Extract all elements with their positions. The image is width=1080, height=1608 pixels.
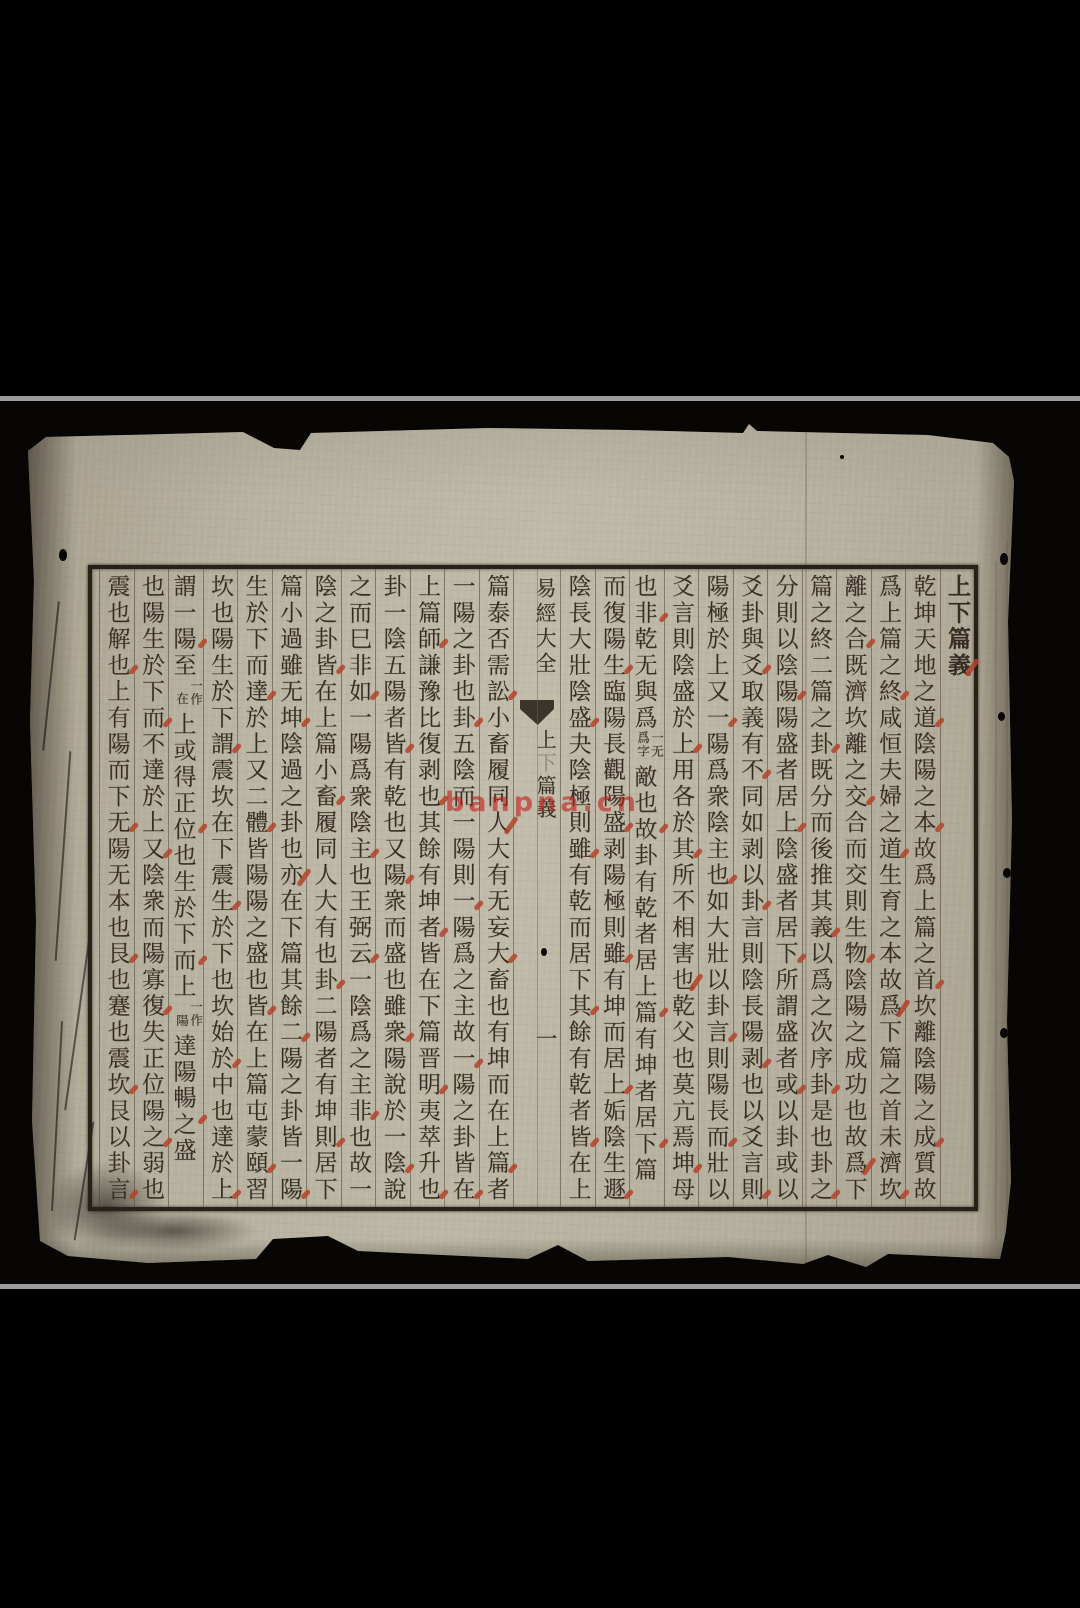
interlinear-note-text: 一作	[189, 679, 203, 706]
text-block-frame: 上下篇義乾坤天地之道陰陽之本故爲上篇之首坎離陰陽之成質故爲上篇之終咸恒夫婦之道生…	[88, 565, 978, 1211]
interlinear-note: 一作陽	[175, 1000, 203, 1033]
wormhole	[1003, 868, 1011, 878]
text-column: 謂一陽至一作在上或得正位也生於下而上一作陽達陽暢之盛	[168, 569, 203, 1207]
text-column: 陽極於上又一陽爲衆陰主也如大壯以卦言則陽長而壯以	[698, 569, 733, 1207]
interlinear-note: 一无爲字	[636, 731, 664, 764]
photo-bottom-border	[0, 1284, 1080, 1289]
wormhole	[59, 549, 67, 561]
ink-smudge	[88, 1211, 258, 1251]
text-column: 篇之終二篇之卦既分而後推其義以爲之次序卦是也卦之	[802, 569, 837, 1207]
wormhole	[1000, 553, 1008, 565]
text-column: 卦一陰五陽者皆有乾也又陽衆而盛也雖衆陽說於一陰說	[375, 569, 410, 1207]
section-title-column: 上下篇義	[940, 569, 975, 1207]
text-column: 陰長大壯陰盛夬陰極則雖有乾而居下其餘有乾者皆在上	[560, 569, 595, 1207]
text-column: 篇泰否需訟小畜履同人大有无妄大畜也有坤而在上篇者	[479, 569, 514, 1207]
interlinear-note-text: 在	[175, 692, 189, 706]
text-column: 上篇師謙豫比復剥也其餘有坤者皆在下篇晋明夷萃升也	[410, 569, 445, 1207]
text-column: 坎也陽生於下謂震坎在下震生於下也坎始於中也達於上	[203, 569, 238, 1207]
fishtail-icon	[520, 700, 554, 725]
fold-section-title-char: 上	[533, 729, 557, 752]
fold-section-title-char: 下	[533, 752, 557, 775]
fold-column: 易經大全上下篇義一	[513, 569, 560, 1207]
text-columns: 上下篇義乾坤天地之道陰陽之本故爲上篇之首坎離陰陽之成質故爲上篇之終咸恒夫婦之道生…	[92, 569, 974, 1207]
interlinear-note-text: 一无	[650, 731, 664, 758]
running-title: 易經大全	[514, 577, 560, 677]
edge-crease	[1006, 541, 1008, 1241]
interlinear-note-text: 陽	[175, 1014, 189, 1028]
text-column: 而復陽生臨陽長觀陽盛剥陽極則雖有坤而居上姤陰生遯	[595, 569, 630, 1207]
text-column: 爲上篇之終咸恒夫婦之道生育之本故爲下篇之首未濟坎	[871, 569, 906, 1207]
manuscript-page: 上下篇義乾坤天地之道陰陽之本故爲上篇之首坎離陰陽之成質故爲上篇之終咸恒夫婦之道生…	[28, 421, 1014, 1269]
wormhole	[998, 712, 1005, 721]
edge-crease	[995, 561, 997, 1241]
text-column: 爻言則陰盛於上用各於其所不相害也乾父也莫亢焉坤母	[664, 569, 699, 1207]
text-column: 也非乾无與爲一无爲字敵也故卦有乾者居上篇有坤者居下篇	[629, 569, 664, 1207]
text-column: 震也解也上有陽而下无陽无本也艮也蹇也震坎艮以卦言	[99, 569, 134, 1207]
wormhole	[1000, 1028, 1008, 1038]
text-column: 也陽生於下而不達於上又陰衆而陽寡復失正位陽之弱也	[134, 569, 169, 1207]
wormhole	[840, 455, 844, 459]
text-column: 陰之卦皆在上篇小畜履同人大有也卦二陽者有坤則居下	[306, 569, 341, 1207]
text-column: 離之合既濟坎離之交合而交則生物陰陽之成功也故爲下	[836, 569, 871, 1207]
text-column: 分則以陰陽陽盛者居上陰盛者居下所謂盛者或以卦或以	[767, 569, 802, 1207]
watermark: banpna.cn	[445, 787, 675, 818]
text-column: 生於下而達於上又二體皆陽陽之盛也皆在上篇屯蒙頤習	[237, 569, 272, 1207]
text-column: 爻卦與爻取義有不同如剥以卦言則陰長陽剥也以爻言則	[733, 569, 768, 1207]
text-column: 之而巳非如一陽爲衆陰主也王弼云一陰爲之主非也故一	[341, 569, 376, 1207]
page-number: 一	[514, 1027, 560, 1053]
text-column: 乾坤天地之道陰陽之本故爲上篇之首坎離陰陽之成質故	[905, 569, 940, 1207]
interlinear-note-text: 一作	[189, 1000, 203, 1027]
interlinear-note-text: 爲字	[636, 731, 650, 758]
text-column: 一陽之卦也卦五陰而一陽則一陽爲之主故一陽之卦皆在	[444, 569, 479, 1207]
interlinear-note: 一作在	[175, 679, 203, 712]
text-column: 篇小過雖无坤陰過之卦也亦在下篇其餘二陽之卦皆一陽	[272, 569, 307, 1207]
